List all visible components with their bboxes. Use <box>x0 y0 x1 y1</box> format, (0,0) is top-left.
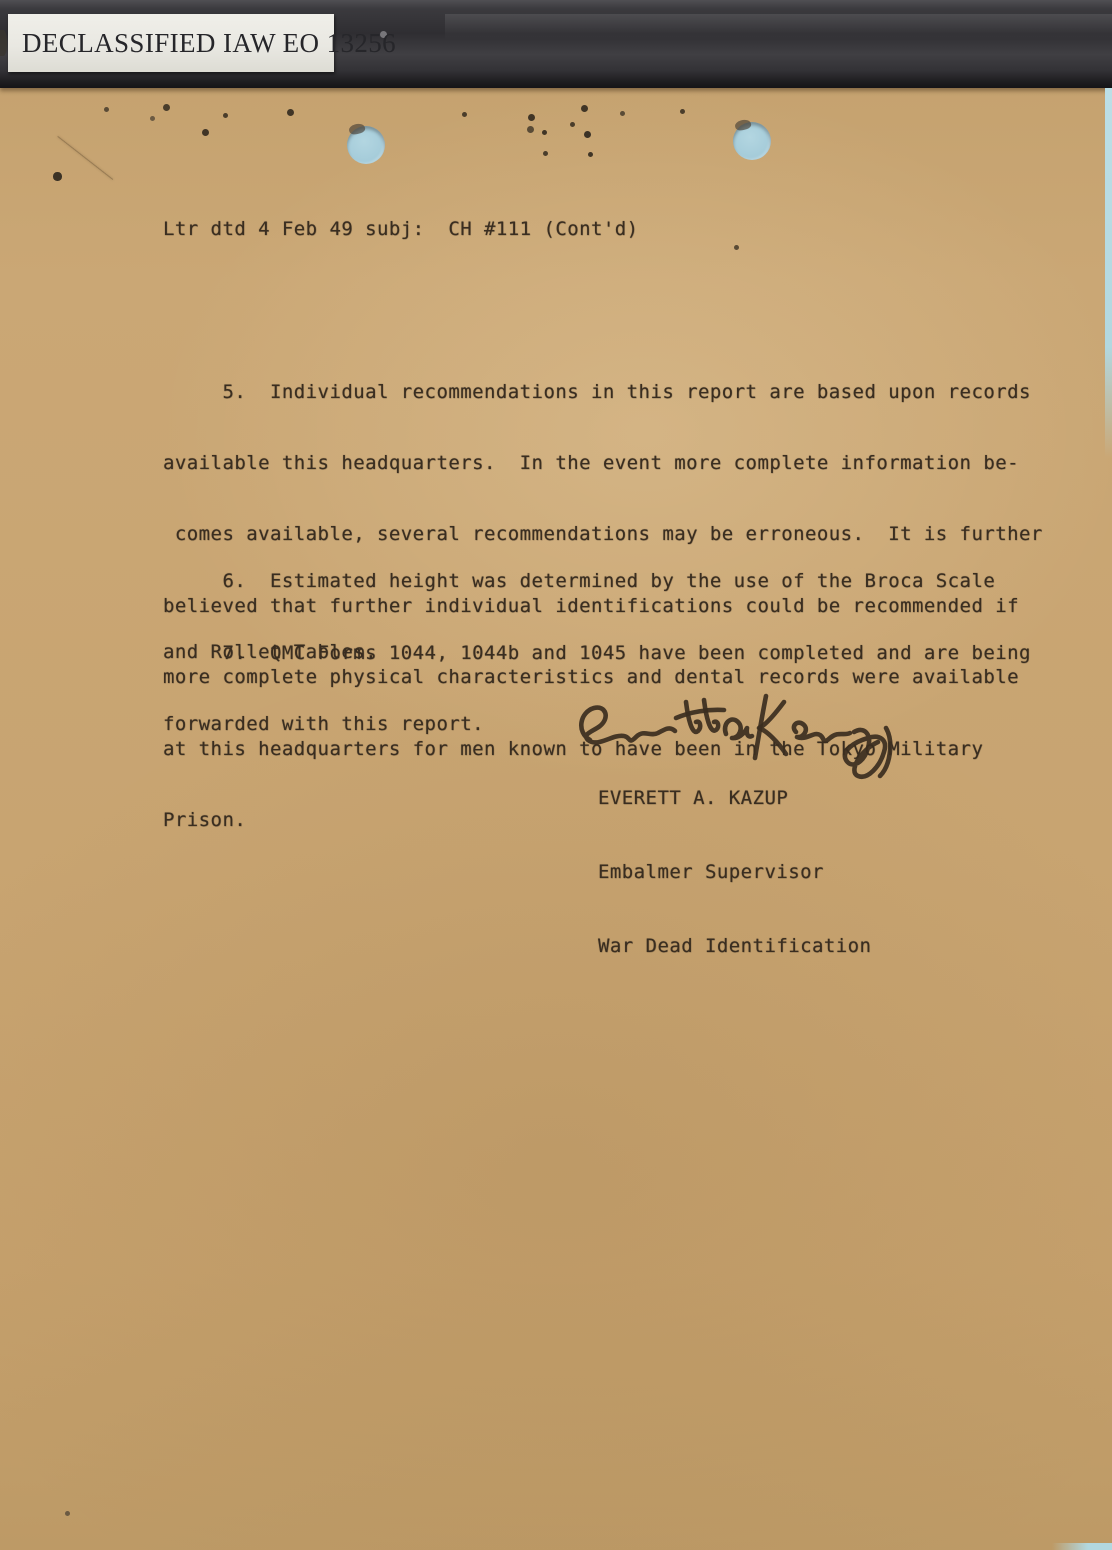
paragraph-5-line: available this headquarters. In the even… <box>163 452 1043 476</box>
paragraph-7-line: 7. QMC Forms 1044, 1044b and 1045 have b… <box>163 642 1031 666</box>
letter-header: Ltr dtd 4 Feb 49 subj: CH #111 (Cont'd) <box>163 218 639 242</box>
binding-strip-sheen <box>445 14 1112 40</box>
paragraph-6-line: 6. Estimated height was determined by th… <box>163 570 995 594</box>
scanned-letter-page: DECLASSIFIED IAW EO 13256 Ltr dtd 4 Feb … <box>0 0 1112 1550</box>
declassified-stamp-text: DECLASSIFIED IAW EO 13256 <box>22 28 396 59</box>
paper-crease <box>57 136 113 180</box>
scanner-bed-edge-right <box>1105 88 1112 458</box>
punch-hole-left <box>347 126 385 164</box>
scanner-bed-edge-corner <box>1052 1543 1112 1550</box>
punch-hole-right <box>733 122 771 160</box>
paper-edge-chip <box>0 30 7 56</box>
paragraph-5-line: 5. Individual recommendations in this re… <box>163 381 1043 405</box>
paper-specks <box>0 0 3 3</box>
signature-block: EVERETT A. KAZUP Embalmer Supervisor War… <box>598 737 871 1008</box>
signature-unit: War Dead Identification <box>598 934 871 959</box>
signature-title: Embalmer Supervisor <box>598 860 871 885</box>
declassified-stamp: DECLASSIFIED IAW EO 13256 <box>8 14 334 72</box>
signature-typed-name: EVERETT A. KAZUP <box>598 786 871 811</box>
